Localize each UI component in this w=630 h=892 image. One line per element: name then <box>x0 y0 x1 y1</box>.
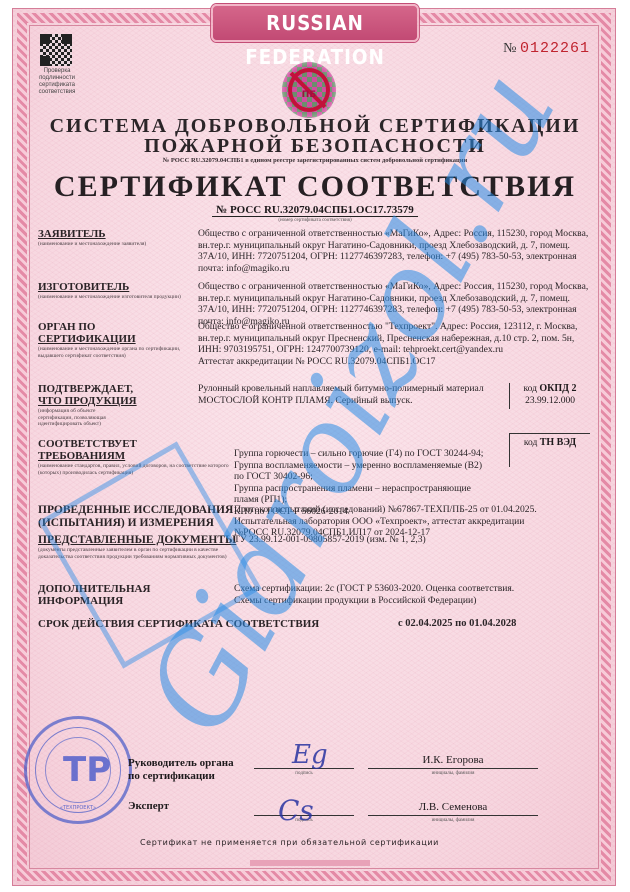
organization-stamp: ТР «ТЕХПРОЕКТ» <box>24 716 132 824</box>
expert-label: Эксперт <box>128 800 169 813</box>
validity-label: СРОК ДЕЙСТВИЯ СЕРТИФИКАТА СООТВЕТСТВИЯ <box>38 618 358 630</box>
product-label-line2: ЧТО ПРОДУКЦИЯ <box>38 395 137 407</box>
hologram-text: ПБ <box>282 90 336 100</box>
section-validity: СРОК ДЕЙСТВИЯ СЕРТИФИКАТА СООТВЕТСТВИЯ с… <box>38 618 590 632</box>
stamp-logo-icon: ТР <box>63 753 111 787</box>
expert-signature-icon: Cs <box>278 794 314 827</box>
applicant-label-text: ЗАЯВИТЕЛЬ <box>38 228 106 240</box>
tnved-code-box: код ТН ВЭД <box>509 433 590 467</box>
footer-note: Сертификат не применяется при обязательн… <box>140 838 439 847</box>
certificate-number: № РОСС RU.32079.04СПБ1.ОС17.73579 <box>0 204 630 216</box>
okpd-label: ОКПД 2 <box>539 383 576 394</box>
requirements-caption: (наименование стандартов, правил, услови… <box>38 463 238 476</box>
cert-body-caption: (наименование и местонахождение органа п… <box>38 346 198 359</box>
qr-caption: Проверка подлинности сертификата соответ… <box>28 68 86 96</box>
manufacturer-label-text: ИЗГОТОВИТЕЛЬ <box>38 281 129 293</box>
head-label-line2: по сертификации <box>128 770 215 782</box>
okpd-value: 23.99.12.000 <box>525 396 575 406</box>
serial-value: 0122261 <box>520 40 590 57</box>
certificate-title: СЕРТИФИКАТ СООТВЕТСТВИЯ <box>0 170 630 204</box>
requirement-line: Группа горючести – сильно горючие (Г4) п… <box>234 448 500 460</box>
system-title: СИСТЕМА ДОБРОВОЛЬНОЙ СЕРТИФИКАЦИИ ПОЖАРН… <box>0 116 630 156</box>
expert-name: Л.В. Семенова <box>368 801 538 813</box>
cert-body-label-line1: ОРГАН ПО <box>38 321 95 333</box>
product-label: ПОДТВЕРЖДАЕТ, ЧТО ПРОДУКЦИЯ (информация … <box>38 383 198 428</box>
additional-line: Схемы сертификации продукции в Российско… <box>234 595 590 607</box>
cert-body-accreditation: Аттестат аккредитации № РОСС RU.32079.04… <box>198 356 435 367</box>
cert-body-value: Общество с ограниченной ответственностью… <box>198 321 590 367</box>
head-signature-caption: подпись <box>254 771 354 776</box>
okpd-prefix: код <box>523 384 536 394</box>
expert-name-line <box>368 815 538 816</box>
tests-label: ПРОВЕДЕННЫЕ ИССЛЕДОВАНИЯ (ИСПЫТАНИЯ) И И… <box>38 504 238 530</box>
product-caption: (информация об объекте сертификации, поз… <box>38 408 118 428</box>
stamp-ring-text: «ТЕХПРОЕКТ» <box>37 805 119 811</box>
tests-label-line1: ПРОВЕДЕННЫЕ ИССЛЕДОВАНИЯ <box>38 504 233 516</box>
requirements-label: СООТВЕТСТВУЕТ ТРЕБОВАНИЯМ (наименование … <box>38 438 238 476</box>
requirements-label-line2: ТРЕБОВАНИЯМ <box>38 450 125 462</box>
system-title-line1: СИСТЕМА ДОБРОВОЛЬНОЙ СЕРТИФИКАЦИИ <box>0 116 630 136</box>
additional-value: Схема сертификации: 2с (ГОСТ Р 53603-202… <box>234 583 590 606</box>
product-value: Рулонный кровельный наплавляемый битумно… <box>198 383 500 406</box>
section-additional: ДОПОЛНИТЕЛЬНАЯ ИНФОРМАЦИЯ Схема сертифик… <box>38 583 590 609</box>
additional-line: Схема сертификации: 2с (ГОСТ Р 53603-202… <box>234 583 590 595</box>
documents-label-text: ПРЕДСТАВЛЕННЫЕ ДОКУМЕНТЫ <box>38 534 236 546</box>
hologram-fire-safety-icon: ПБ <box>282 62 336 118</box>
banner-russian-federation: RUSSIAN FEDERATION <box>211 4 419 42</box>
product-label-line1: ПОДТВЕРЖДАЕТ, <box>38 383 133 395</box>
additional-label-line1: ДОПОЛНИТЕЛЬНАЯ <box>38 583 150 595</box>
tnved-prefix: код <box>524 438 537 448</box>
head-name-line <box>368 768 538 769</box>
validity-value: с 02.04.2025 по 01.04.2028 <box>398 618 590 630</box>
serial-number: № 0122261 <box>503 40 590 57</box>
applicant-label: ЗАЯВИТЕЛЬ (наименование и местонахождени… <box>38 228 198 248</box>
documents-value: ТУ 23.99.12-001-09805857-2019 (изм. № 1,… <box>234 534 590 546</box>
tests-line: Протокол испытаний (исследований) №67867… <box>234 504 590 516</box>
applicant-value: Общество с ограниченной ответственностью… <box>198 228 590 274</box>
requirement-line: по ГОСТ 30402-96; <box>234 471 500 483</box>
head-name-caption: инициалы, фамилия <box>368 771 538 776</box>
manufacturer-caption: (наименование и местонахождение изготови… <box>38 294 198 301</box>
system-registry-note: № РОСС RU.32079.04СПБ1 в едином реестре … <box>0 157 630 164</box>
okpd-code-box: код ОКПД 2 23.99.12.000 <box>509 383 590 409</box>
documents-label: ПРЕДСТАВЛЕННЫЕ ДОКУМЕНТЫ (документы пред… <box>38 534 238 560</box>
cert-body-label: ОРГАН ПО СЕРТИФИКАЦИИ (наименование и ме… <box>38 321 198 359</box>
requirements-label-line1: СООТВЕТСТВУЕТ <box>38 438 137 450</box>
product-name-line2: МОСТОСЛОЙ КОНТР ПЛАМЯ. Серийный выпуск. <box>198 395 413 406</box>
head-label-line1: Руководитель органа <box>128 757 234 769</box>
requirement-line: Группа воспламеняемости – умеренно воспл… <box>234 460 500 472</box>
system-title-line2: ПОЖАРНОЙ БЕЗОПАСНОСТИ <box>0 136 630 156</box>
tests-label-line2: (ИСПЫТАНИЯ) И ИЗМЕРЕНИЯ <box>38 517 214 529</box>
product-name-line1: Рулонный кровельный наплавляемый битумно… <box>198 383 484 394</box>
manufacturer-label: ИЗГОТОВИТЕЛЬ (наименование и местонахожд… <box>38 281 198 301</box>
serial-label: № <box>503 41 516 56</box>
print-mark <box>250 860 370 866</box>
documents-caption: (документы представленные заявителем в о… <box>38 547 238 560</box>
section-certification-body: ОРГАН ПО СЕРТИФИКАЦИИ (наименование и ме… <box>38 321 590 379</box>
section-documents: ПРЕДСТАВЛЕННЫЕ ДОКУМЕНТЫ (документы пред… <box>38 534 590 566</box>
expert-name-caption: инициалы, фамилия <box>368 818 538 823</box>
section-product: ПОДТВЕРЖДАЕТ, ЧТО ПРОДУКЦИЯ (информация … <box>38 383 590 433</box>
additional-label: ДОПОЛНИТЕЛЬНАЯ ИНФОРМАЦИЯ <box>38 583 238 607</box>
requirement-line: Группа распространения пламени – нераспр… <box>234 483 500 495</box>
qr-code-icon[interactable] <box>40 34 72 66</box>
tests-line: Испытательная лаборатория ООО «Техпроект… <box>234 516 590 528</box>
head-signatory-label: Руководитель органа по сертификации <box>128 757 234 783</box>
certificate-number-caption: (номер сертификата соответствия) <box>0 218 630 223</box>
certificate-number-value: № РОСС RU.32079.04СПБ1.ОС17.73579 <box>212 204 418 217</box>
section-applicant: ЗАЯВИТЕЛЬ (наименование и местонахождени… <box>38 228 590 268</box>
section-manufacturer: ИЗГОТОВИТЕЛЬ (наименование и местонахожд… <box>38 281 590 321</box>
additional-label-line2: ИНФОРМАЦИЯ <box>38 595 123 607</box>
applicant-caption: (наименование и местонахождение заявител… <box>38 241 198 248</box>
cert-body-details: Общество с ограниченной ответственностью… <box>198 321 577 355</box>
head-signature-icon: Eg <box>292 740 328 770</box>
cert-body-label-line2: СЕРТИФИКАЦИИ <box>38 333 136 345</box>
head-name: И.К. Егорова <box>368 754 538 766</box>
tnved-label: ТН ВЭД <box>540 437 576 448</box>
